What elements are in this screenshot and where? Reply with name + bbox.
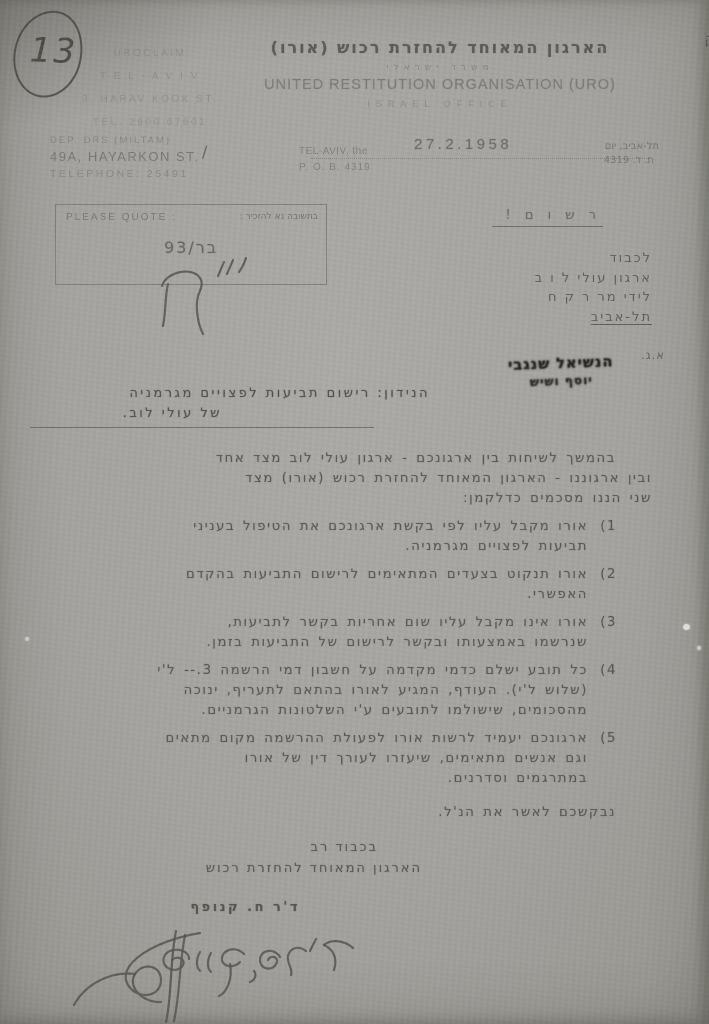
handwritten-het-mark xyxy=(140,250,260,345)
ink-stamp: הנשיאל שנגבי יוסף ושיש xyxy=(480,353,641,391)
recipient-org: ארגון עולי ל ו ב xyxy=(535,269,652,289)
address-telephone: TELEPHONE: 25491 xyxy=(50,168,199,180)
list-item-2: (2 אורו תנקוט בצעדים המתאימים לרישום התב… xyxy=(52,565,617,605)
closing-request: נבקשכם לאשר את הנ'ל. xyxy=(52,803,616,823)
address-dept-line: DEP. DRS (MILTAM) xyxy=(50,135,199,146)
scanned-letter-page: ק 13 UROCLAIM T E L - A V I V 3, HARAV K… xyxy=(0,0,709,1024)
org-subtitle-english: ISRAEL OFFICE xyxy=(222,99,658,109)
item-number: (4 xyxy=(595,661,617,721)
signoff-organisation: הארגון המאוחד להחזרת רכוש xyxy=(206,861,422,876)
org-subtitle-hebrew: משרד ישראלי xyxy=(222,63,658,73)
item-number: (5 xyxy=(595,729,617,789)
scan-white-speck xyxy=(697,646,701,650)
list-item-3: (3 אורו אינו מקבל עליו שום אחריות בקשר ל… xyxy=(52,613,617,653)
handwritten-signature xyxy=(48,925,368,1024)
scan-white-speck xyxy=(683,624,690,630)
letter-body: בהמשך לשיחות בין ארגונכם - ארגון עולי לו… xyxy=(52,449,652,823)
dateline-place-he: תל-אביב, יום xyxy=(605,141,659,152)
subject-line2: של עולי לוב. xyxy=(123,406,222,421)
item-text: אורו תנקוט בצעדים המתאימים לרישום התביעו… xyxy=(52,565,588,605)
item-number: (1 xyxy=(595,517,617,557)
salutation: א.ג. xyxy=(641,348,665,362)
cable-line: T E L - A V I V xyxy=(70,65,230,88)
body-intro-paragraph: בהמשך לשיחות בין ארגונכם - ארגון עולי לו… xyxy=(52,449,652,509)
list-item-5: (5 ארגונכם יעמיד לרשות אורו לפעולת ההרשמ… xyxy=(52,729,617,789)
list-item-1: (1 אורו מקבל עליו לפי בקשת ארגונכם את הט… xyxy=(52,517,617,557)
dateline-pob-en: P. O. B. 4319 xyxy=(299,162,371,173)
recipient-block: לכבוד ארגון עולי ל ו ב לידי מר ר ק ח תל-… xyxy=(535,249,652,327)
list-item-4: (4 כל תובע ישלם כדמי מקדמה על חשבון דמי … xyxy=(52,661,617,721)
item-number: (3 xyxy=(595,613,617,653)
cable-line: TEL. 2600 67601 xyxy=(70,111,230,134)
signoff-regards: בכבוד רב xyxy=(310,840,378,855)
cable-line: 3, HARAV KOOK ST. xyxy=(70,88,230,111)
recipient-city: תל-אביב xyxy=(535,308,652,328)
address-street: 49A, HAYARKON ST. xyxy=(50,149,199,164)
signoff-typed-name: ד'ר ח. קנופף xyxy=(190,900,300,915)
quote-label-he: בתשובה נא להזכיר : xyxy=(240,212,318,222)
cable-line: UROCLAIM xyxy=(70,42,230,65)
recipient-honorific: לכבוד xyxy=(535,249,652,269)
subject-underline-rule xyxy=(30,427,374,428)
org-title-english: UNITED RESTITUTION ORGANISATION (URO) xyxy=(218,77,662,93)
item-number: (2 xyxy=(595,565,617,605)
org-title-hebrew: הארגון המאוחד להחזרת רכוש (אורו) xyxy=(222,38,658,57)
dateline-pob-he: ת. ד. 4319 xyxy=(604,155,654,166)
registered-label: ר ש ו ם ! xyxy=(492,208,603,227)
quote-label-en: PLEASE QUOTE : xyxy=(66,212,177,223)
handwritten-slash-mark: / xyxy=(202,142,207,161)
subject-line1: הנידון: רישום תביעות לפצויים מגרמניה xyxy=(129,386,430,401)
scan-white-speck xyxy=(25,637,29,641)
letterhead-address-block: DEP. DRS (MILTAM) 49A, HAYARKON ST. TELE… xyxy=(50,135,199,180)
item-text: ארגונכם יעמיד לרשות אורו לפעולת ההרשמה מ… xyxy=(52,729,588,789)
letterhead-cable-block: UROCLAIM T E L - A V I V 3, HARAV KOOK S… xyxy=(70,42,230,134)
letter-date: 27.2.1958 xyxy=(414,136,512,153)
recipient-attention: לידי מר ר ק ח xyxy=(535,288,652,308)
item-text: כל תובע ישלם כדמי מקדמה על חשבון דמי הרש… xyxy=(52,661,588,721)
item-text: אורו מקבל עליו לפי בקשת ארגונכם את הטיפו… xyxy=(52,517,588,557)
ink-stamp-line2: יוסף ושיש xyxy=(481,371,641,391)
scan-edge-glyph: ק xyxy=(704,30,709,48)
item-text: אורו אינו מקבל עליו שום אחריות בקשר לתבי… xyxy=(52,613,588,653)
